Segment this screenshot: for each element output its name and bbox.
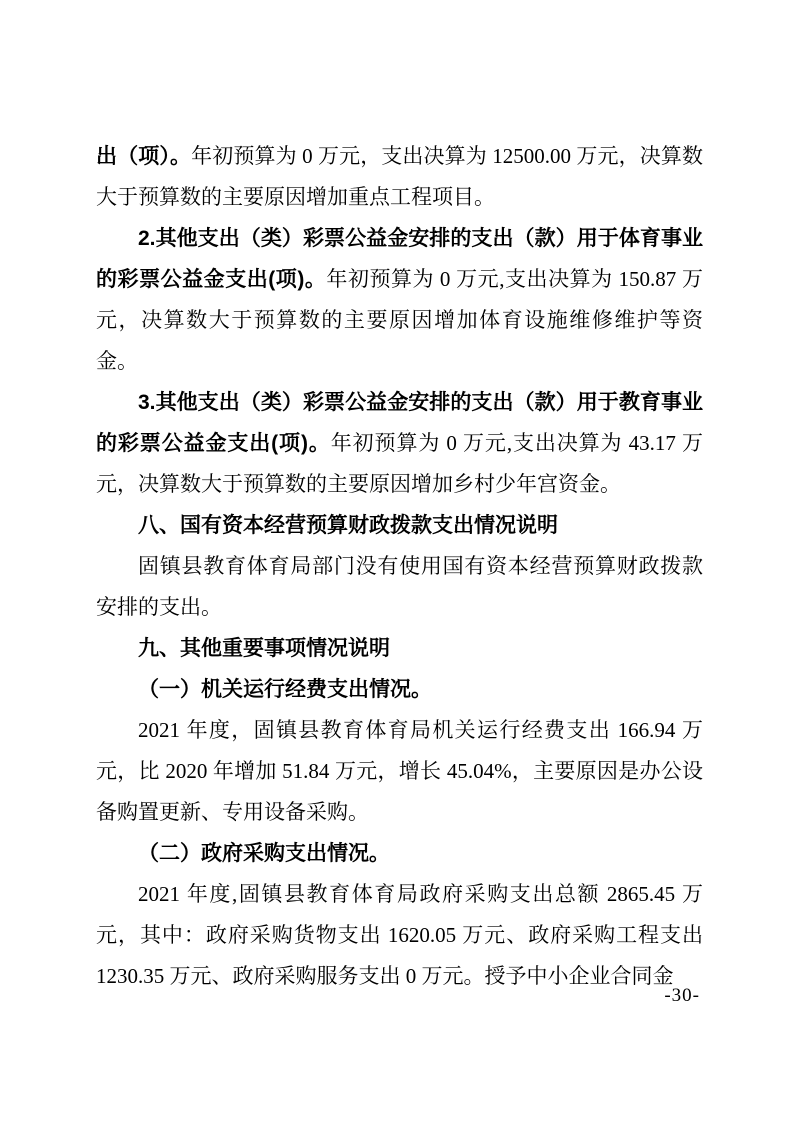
paragraph-section-9-1: 2021 年度，固镇县教育体育局机关运行经费支出 166.94 万元，比 202… bbox=[96, 710, 703, 833]
paragraph-continuation-lead: 出（项）。 bbox=[96, 145, 191, 168]
subsection-heading-9-2: （二）政府采购支出情况。 bbox=[96, 833, 703, 874]
document-body: 出（项）。年初预算为 0 万元，支出决算为 12500.00 万元，决算数大于预… bbox=[96, 136, 703, 997]
section-heading-8: 八、国有资本经营预算财政拨款支出情况说明 bbox=[96, 505, 703, 546]
paragraph-continuation: 出（项）。年初预算为 0 万元，支出决算为 12500.00 万元，决算数大于预… bbox=[96, 136, 703, 218]
document-page: 出（项）。年初预算为 0 万元，支出决算为 12500.00 万元，决算数大于预… bbox=[0, 0, 793, 1122]
paragraph-item-3: 3.其他支出（类）彩票公益金安排的支出（款）用于教育事业的彩票公益金支出(项)。… bbox=[96, 382, 703, 505]
page-number: -30- bbox=[664, 984, 700, 1008]
subsection-heading-9-1: （一）机关运行经费支出情况。 bbox=[96, 669, 703, 710]
paragraph-section-8: 固镇县教育体育局部门没有使用国有资本经营预算财政拨款安排的支出。 bbox=[96, 546, 703, 628]
paragraph-item-2: 2.其他支出（类）彩票公益金安排的支出（款）用于体育事业的彩票公益金支出(项)。… bbox=[96, 218, 703, 382]
paragraph-section-9-2: 2021 年度,固镇县教育体育局政府采购支出总额 2865.45 万元，其中：政… bbox=[96, 874, 703, 997]
section-heading-9: 九、其他重要事项情况说明 bbox=[96, 628, 703, 669]
